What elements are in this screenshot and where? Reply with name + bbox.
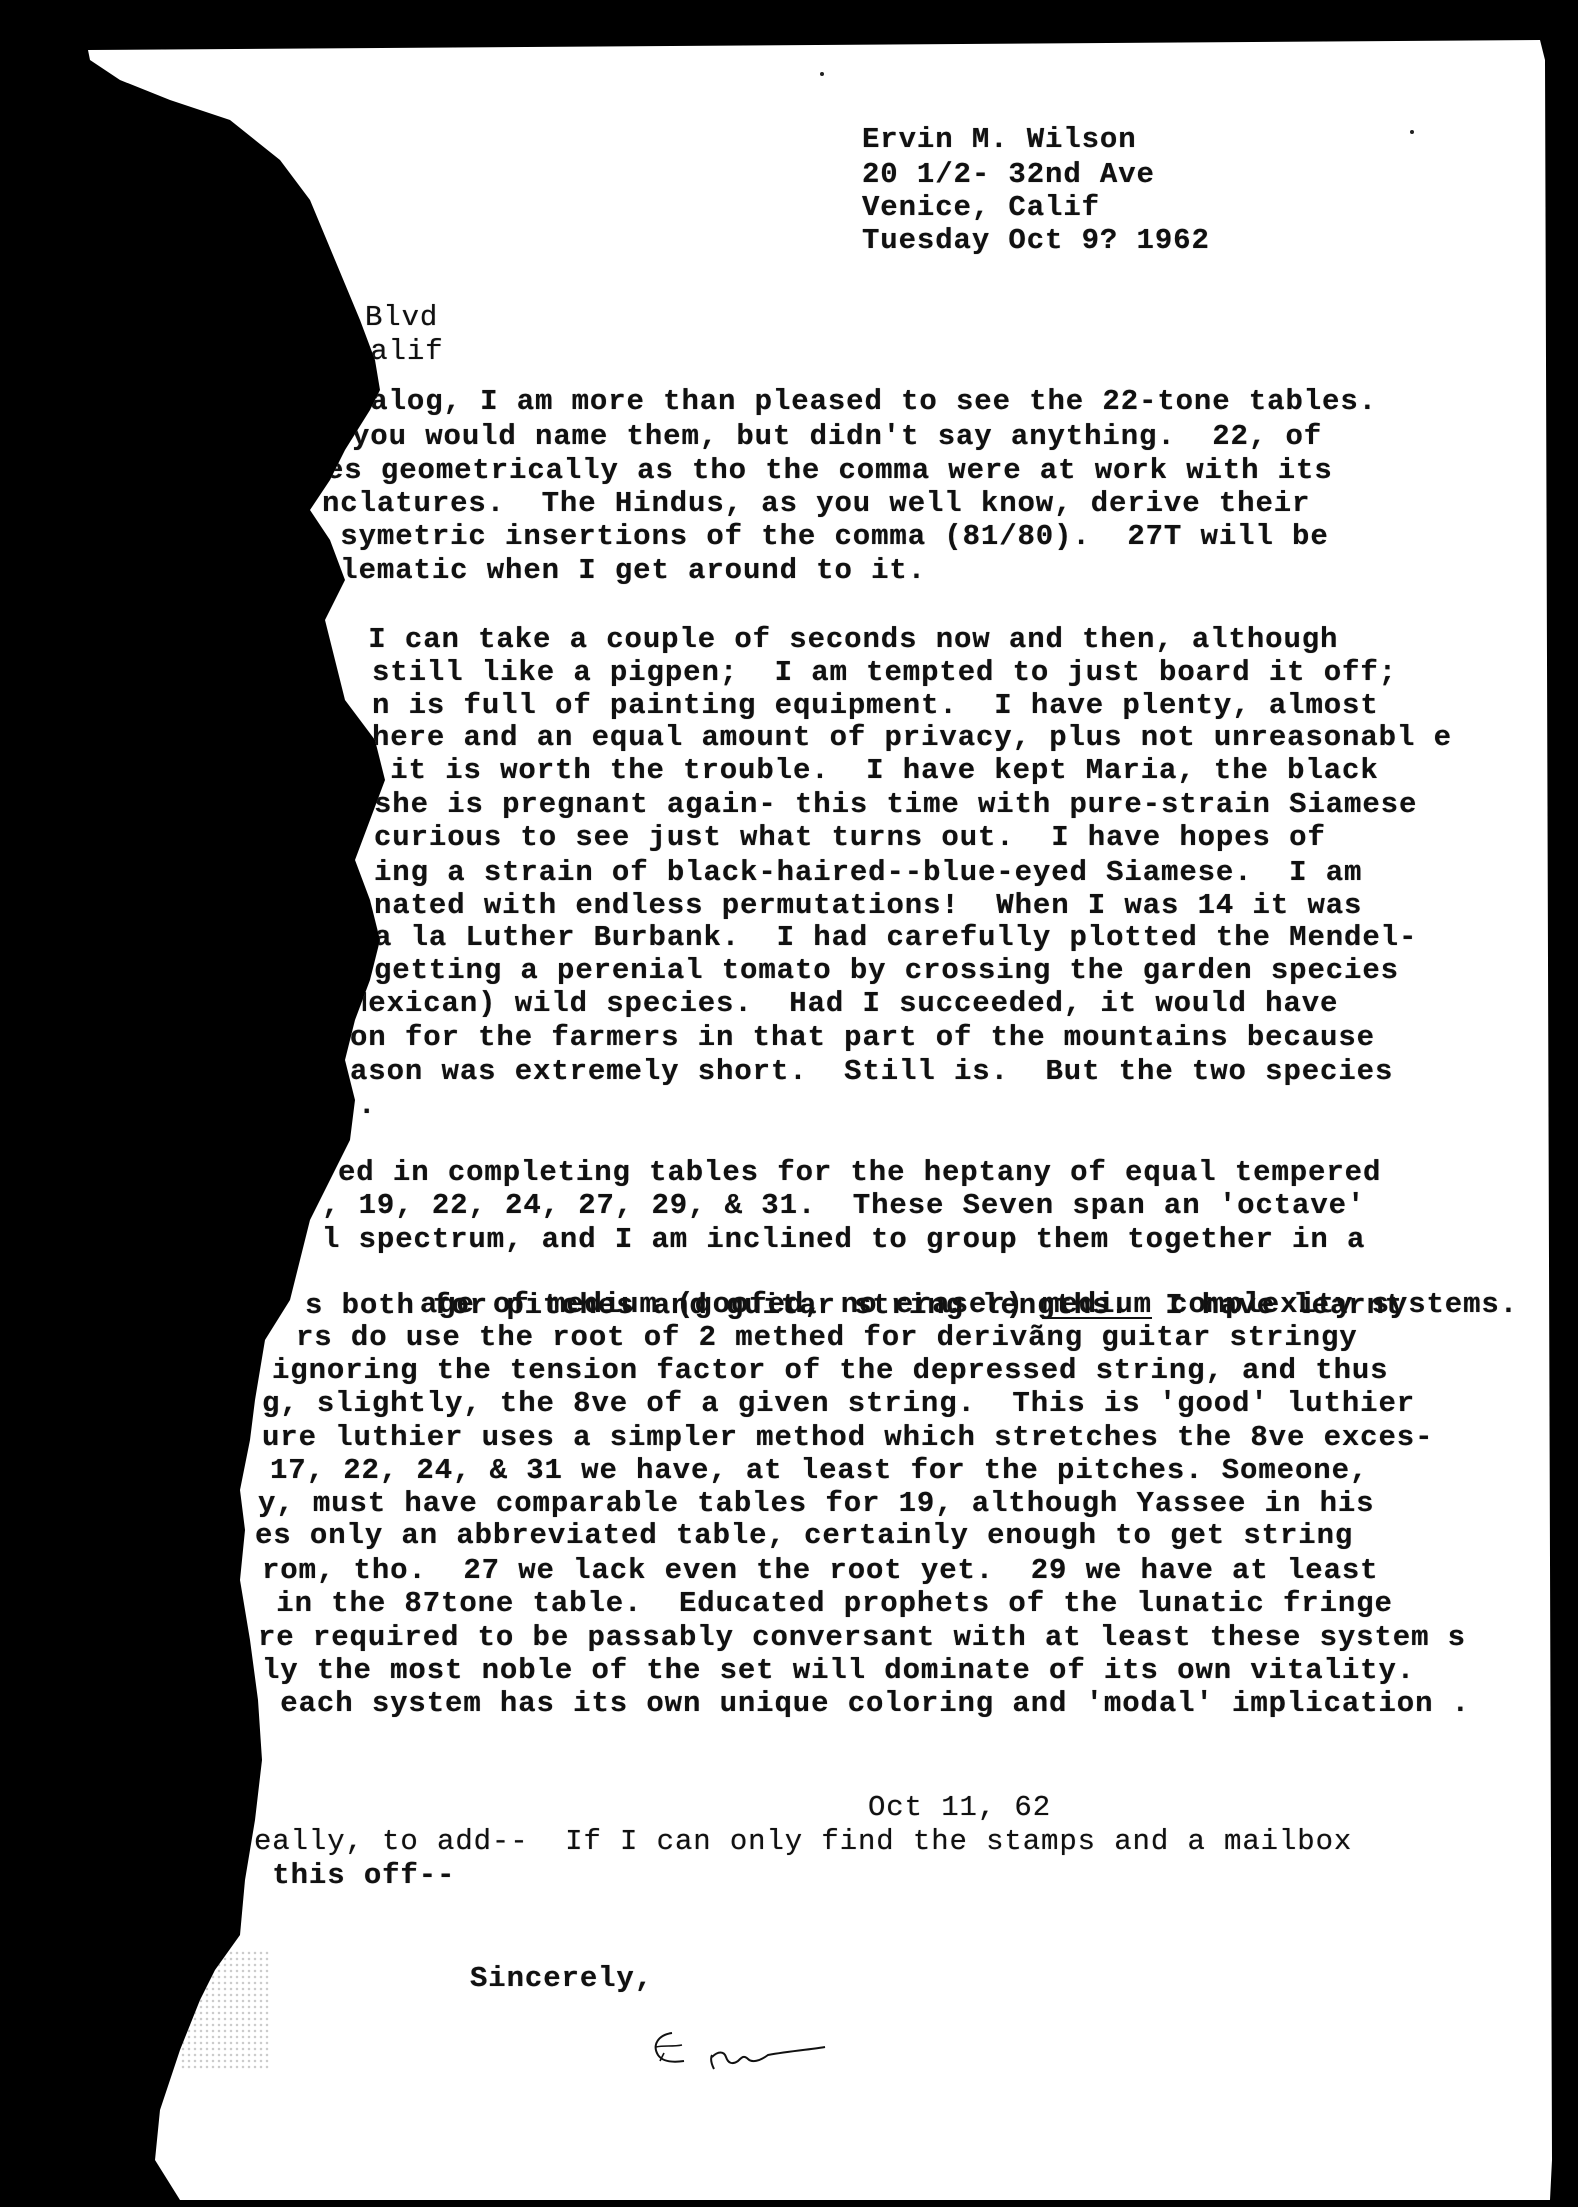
closing: Sincerely, <box>470 1963 653 1995</box>
body-line: it is worth the trouble. I have kept Mar… <box>372 755 1379 787</box>
body-line: , 19, 22, 24, 27, 29, & 31. These Seven … <box>322 1190 1365 1222</box>
body-line: l spectrum, and I am inclined to group t… <box>322 1224 1365 1256</box>
body-line: ure luthier uses a simpler method which … <box>262 1422 1433 1454</box>
body-line: es geometrically as tho the comma were a… <box>326 455 1333 487</box>
body-line: Mexican) wild species. Had I succeeded, … <box>350 988 1338 1020</box>
body-line: . <box>358 1090 376 1122</box>
body-line: rom, tho. 27 we lack even the root yet. … <box>262 1555 1378 1587</box>
body-line: you would name them, but didn't say anyt… <box>352 421 1322 453</box>
body-line: she is pregnant again- this time with pu… <box>374 789 1417 821</box>
postscript-line: this off-- <box>254 1860 455 1892</box>
postscript-line: eally, to add-- If I can only find the s… <box>254 1826 1352 1858</box>
body-line: curious to see just what turns out. I ha… <box>374 822 1326 854</box>
scan-noise <box>180 1950 270 2070</box>
body-line: each system has its own unique coloring … <box>262 1688 1470 1720</box>
letter-date: Tuesday Oct 9? 1962 <box>862 225 1210 257</box>
body-line: g, slightly, the 8ve of a given string. … <box>262 1388 1415 1420</box>
body-line: es only an abbreviated table, certainly … <box>255 1520 1353 1552</box>
body-line: ason was extremely short. Still is. But … <box>350 1056 1393 1088</box>
body-line: ialog, I am more than pleased to see the… <box>352 386 1377 418</box>
body-line: blematic when I get around to it. <box>322 555 926 587</box>
body-line: y, must have comparable tables for 19, a… <box>258 1488 1374 1520</box>
body-line: symetric insertions of the comma (81/80)… <box>322 521 1329 553</box>
scan-speck <box>1410 130 1414 134</box>
body-line: on for the farmers in that part of the m… <box>350 1022 1375 1054</box>
body-line: n is full of painting equipment. I have … <box>372 690 1379 722</box>
recipient-city-fragment: Calif <box>352 336 444 368</box>
body-line: ly the most noble of the set will domina… <box>262 1655 1415 1687</box>
body-line: ignoring the tension factor of the depre… <box>272 1355 1388 1387</box>
sender-street: 20 1/2- 32nd Ave <box>862 159 1155 191</box>
body-line: rs do use the root of 2 methed for deriv… <box>296 1322 1358 1354</box>
recipient-street-fragment: Blvd <box>365 302 438 334</box>
body-line: here and an equal amount of privacy, plu… <box>372 722 1452 754</box>
body-line: getting a perenial tomato by crossing th… <box>374 955 1399 987</box>
sender-city: Venice, Calif <box>862 192 1100 224</box>
signature-icon <box>650 2025 850 2085</box>
body-line: in the 87tone table. Educated prophets o… <box>258 1588 1393 1620</box>
body-line: a la Luther Burbank. I had carefully plo… <box>374 922 1417 954</box>
postscript-date: Oct 11, 62 <box>868 1792 1051 1824</box>
body-line: still like a pigpen; I am tempted to jus… <box>372 657 1397 689</box>
body-line: s both for pitches and guitar string len… <box>305 1290 1403 1322</box>
sender-name: Ervin M. Wilson <box>862 124 1137 156</box>
body-line: 17, 22, 24, & 31 we have, at least for t… <box>270 1455 1368 1487</box>
body-line: nated with endless permutations! When I … <box>374 890 1362 922</box>
body-line: I can take a couple of seconds now and t… <box>350 624 1338 656</box>
letter-page: Ervin M. Wilson 20 1/2- 32nd Ave Venice,… <box>0 0 1578 2207</box>
body-line: re required to be passably conversant wi… <box>258 1622 1466 1654</box>
body-line: ed in completing tables for the heptany … <box>338 1157 1381 1189</box>
body-line: ing a strain of black-haired--blue-eyed … <box>374 857 1362 889</box>
scan-speck <box>820 72 824 76</box>
body-line: nclatures. The Hindus, as you well know,… <box>322 488 1310 520</box>
